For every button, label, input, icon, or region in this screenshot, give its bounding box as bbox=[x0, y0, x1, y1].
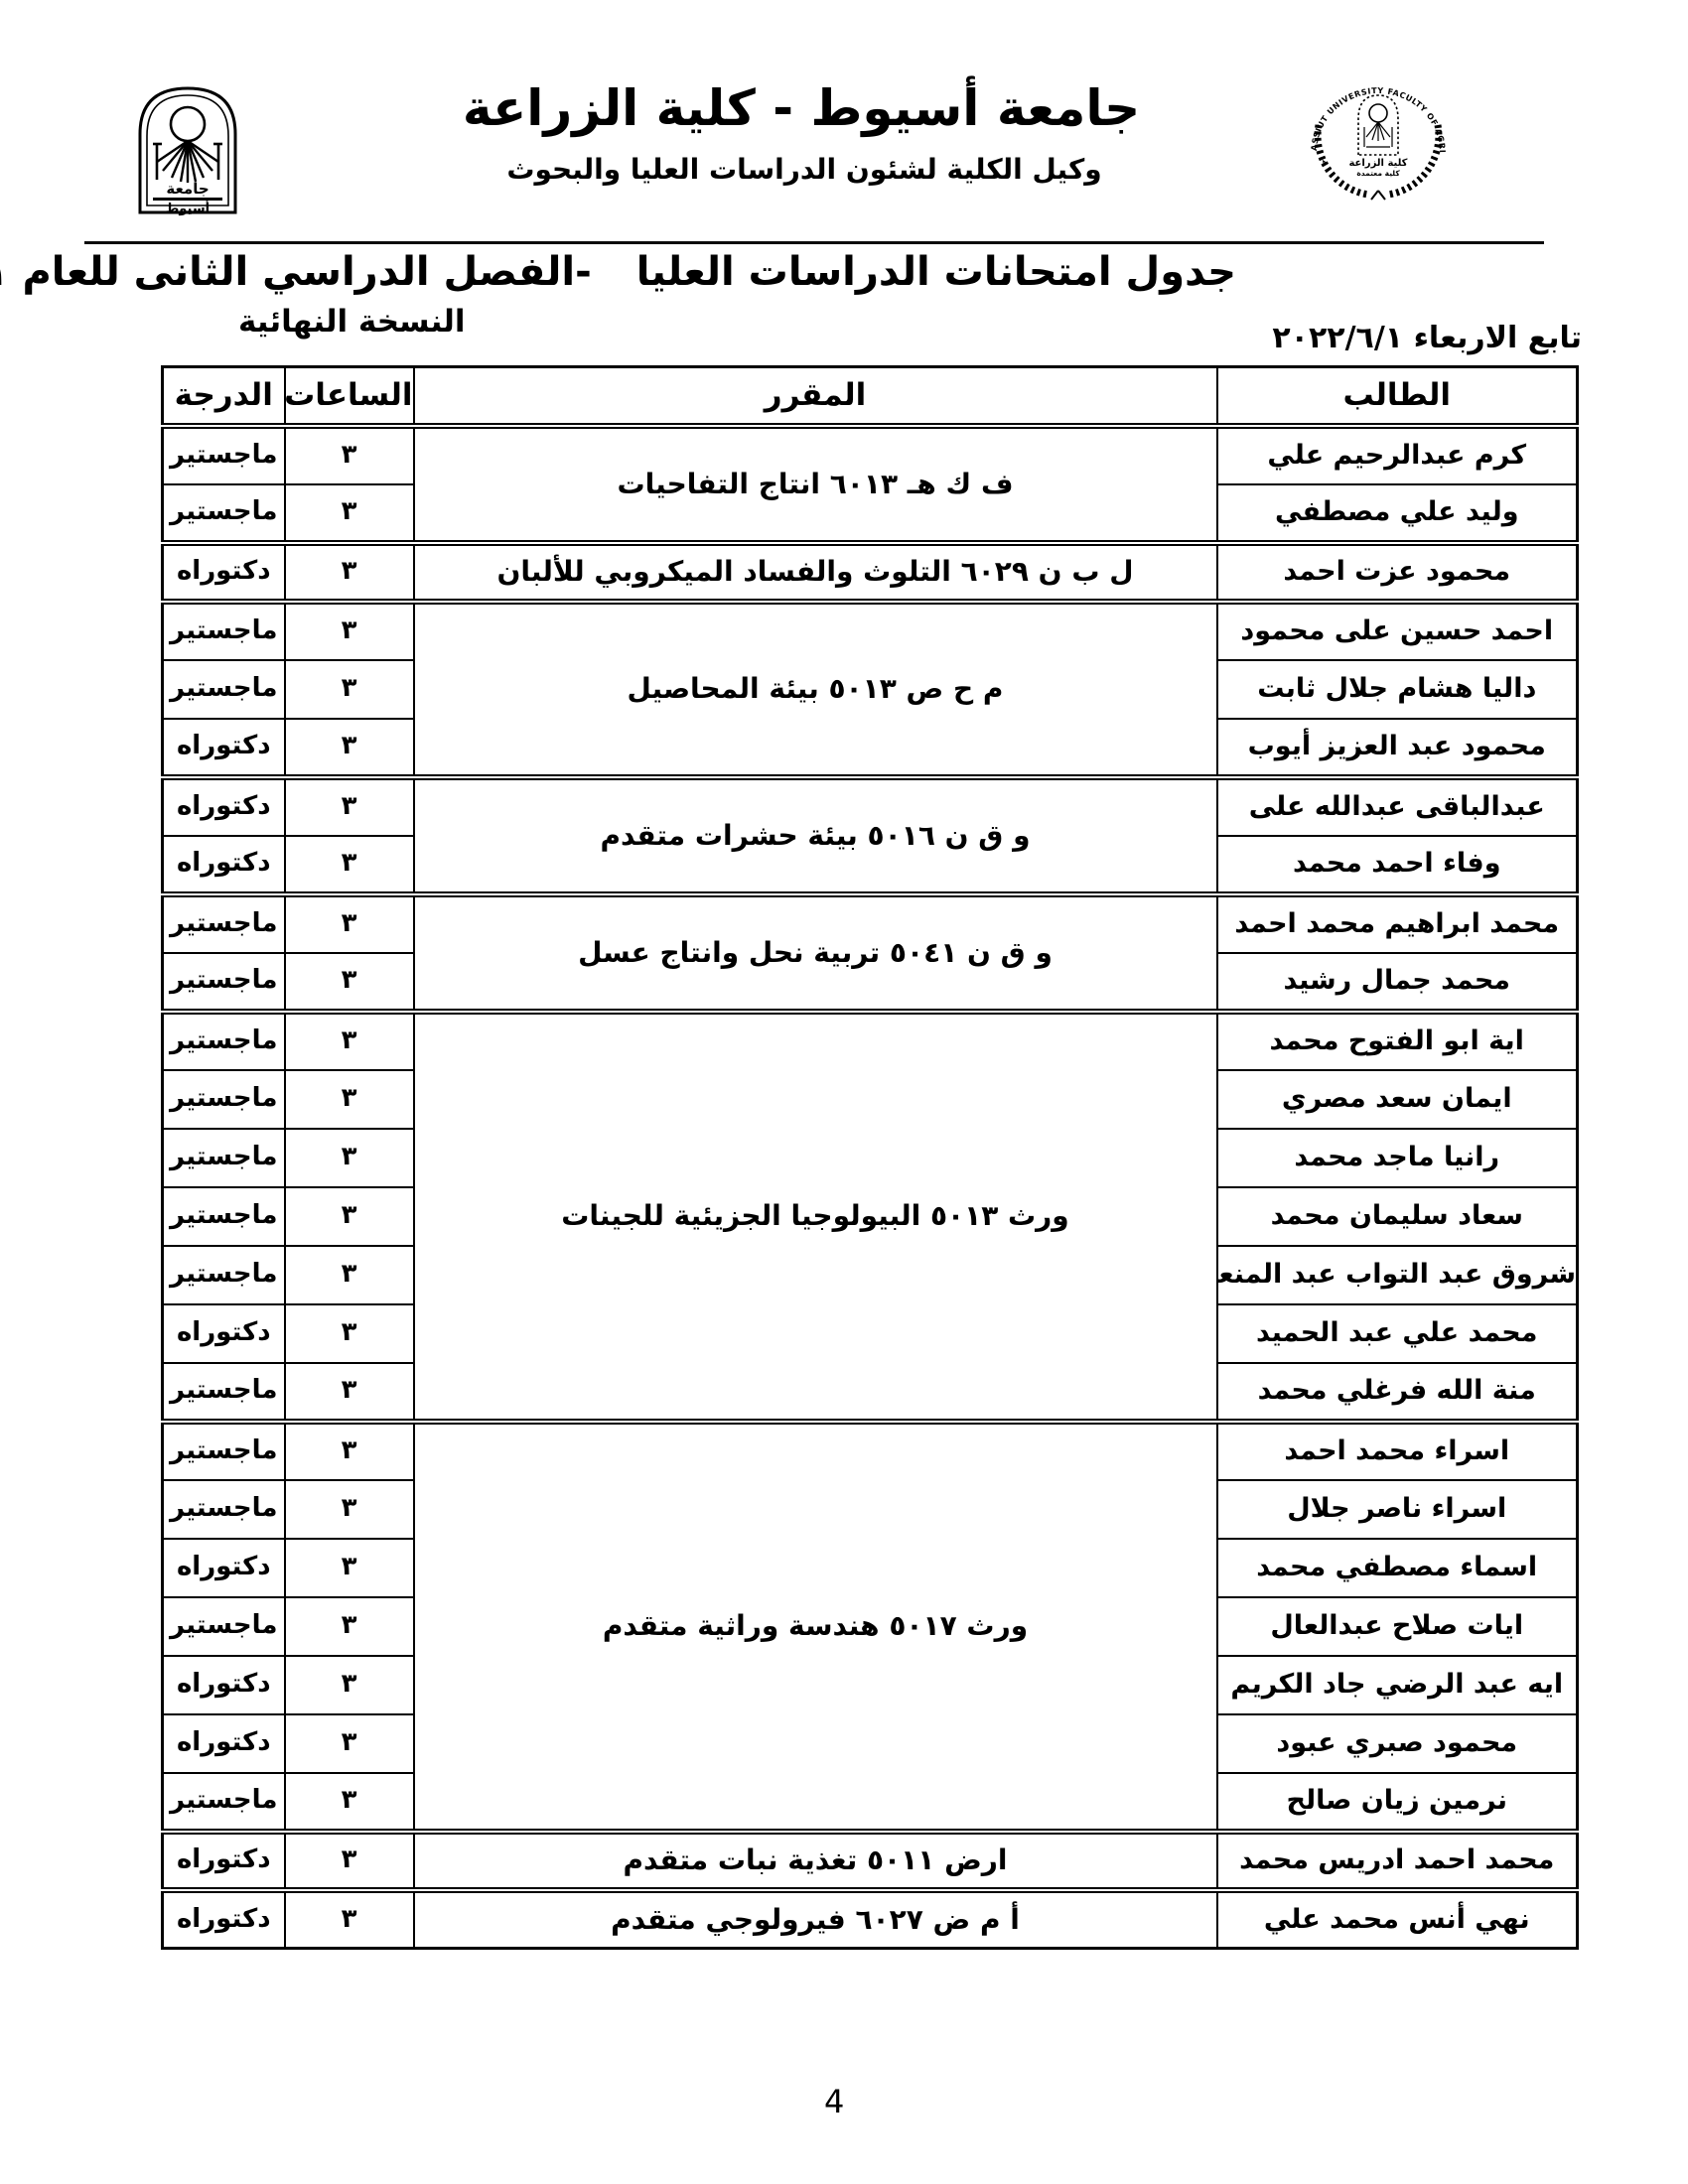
column-header-degree: الدرجة bbox=[163, 367, 285, 426]
schedule-title-semester: -الفصل الدراسي الثانى للعام ٢٠٢٢/٢٠٢١ bbox=[0, 249, 592, 295]
hours-cell: ٣ bbox=[285, 1070, 414, 1129]
degree-cell: ماجستير bbox=[163, 1012, 285, 1070]
degree-cell: ماجستير bbox=[163, 660, 285, 719]
degree-cell: ماجستير bbox=[163, 1070, 285, 1129]
degree-cell: دكتوراه bbox=[163, 777, 285, 836]
hours-cell: ٣ bbox=[285, 1012, 414, 1070]
student-name-cell: محمد ابراهيم محمد احمد bbox=[1217, 894, 1578, 953]
degree-cell: ماجستير bbox=[163, 426, 285, 484]
hours-cell: ٣ bbox=[285, 894, 414, 953]
table-row: عبدالباقى عبدالله علىو ق ن ٥٠١٦ بيئة حشر… bbox=[163, 777, 1578, 836]
hours-cell: ٣ bbox=[285, 1480, 414, 1539]
student-name-cell: محمود صبري عبود bbox=[1217, 1714, 1578, 1773]
hours-cell: ٣ bbox=[285, 1422, 414, 1480]
degree-cell: دكتوراه bbox=[163, 1539, 285, 1597]
arch-logo-icon: جامعة أسيوط bbox=[135, 82, 240, 217]
schedule-title: جدول امتحانات الدراسات العليا -الفصل الد… bbox=[0, 249, 1236, 295]
table-header-row: الطالب المقرر الساعات الدرجة bbox=[163, 367, 1578, 426]
student-name-cell: كرم عبدالرحيم علي bbox=[1217, 426, 1578, 484]
degree-cell: دكتوراه bbox=[163, 1656, 285, 1714]
degree-cell: ماجستير bbox=[163, 1773, 285, 1832]
degree-cell: ماجستير bbox=[163, 894, 285, 953]
hours-cell: ٣ bbox=[285, 1714, 414, 1773]
hours-cell: ٣ bbox=[285, 1890, 414, 1949]
course-cell: م ح ص ٥٠١٣ بيئة المحاصيل bbox=[414, 602, 1217, 777]
faculty-seal-icon: ASSIUT UNIVERSITY FACULTY OF AGRICULTURE… bbox=[1297, 64, 1460, 208]
student-name-cell: شروق عبد التواب عبد المنعم bbox=[1217, 1246, 1578, 1304]
student-name-cell: محمود عزت احمد bbox=[1217, 543, 1578, 602]
hours-cell: ٣ bbox=[285, 484, 414, 543]
table-row: كرم عبدالرحيم عليف ك هـ ٦٠١٣ انتاج التفا… bbox=[163, 426, 1578, 484]
hours-cell: ٣ bbox=[285, 1246, 414, 1304]
exam-schedule-table: الطالب المقرر الساعات الدرجة كرم عبدالرح… bbox=[161, 365, 1579, 1950]
version-label: النسخة النهائية bbox=[238, 304, 466, 340]
table-row: احمد حسين على محمودم ح ص ٥٠١٣ بيئة المحا… bbox=[163, 602, 1578, 660]
hours-cell: ٣ bbox=[285, 953, 414, 1012]
seal-center-emblem: كلية الزراعة كلية معتمدة bbox=[1348, 95, 1407, 178]
student-name-cell: ايات صلاح عبدالعال bbox=[1217, 1597, 1578, 1656]
student-name-cell: منة الله فرغلي محمد bbox=[1217, 1363, 1578, 1422]
student-name-cell: محمود عبد العزيز أيوب bbox=[1217, 719, 1578, 777]
student-name-cell: اية ابو الفتوح محمد bbox=[1217, 1012, 1578, 1070]
degree-cell: ماجستير bbox=[163, 484, 285, 543]
hours-cell: ٣ bbox=[285, 1773, 414, 1832]
hours-cell: ٣ bbox=[285, 777, 414, 836]
hours-cell: ٣ bbox=[285, 1129, 414, 1187]
student-name-cell: محمد جمال رشيد bbox=[1217, 953, 1578, 1012]
faculty-seal-logo: ASSIUT UNIVERSITY FACULTY OF AGRICULTURE… bbox=[1297, 64, 1460, 208]
student-name-cell: احمد حسين على محمود bbox=[1217, 602, 1578, 660]
hours-cell: ٣ bbox=[285, 543, 414, 602]
column-header-course: المقرر bbox=[414, 367, 1217, 426]
hours-cell: ٣ bbox=[285, 719, 414, 777]
arch-logo-text: جامعة bbox=[166, 180, 209, 198]
hours-cell: ٣ bbox=[285, 1656, 414, 1714]
hours-cell: ٣ bbox=[285, 602, 414, 660]
degree-cell: ماجستير bbox=[163, 953, 285, 1012]
table-row: نهي أنس محمد عليأ م ض ٦٠٢٧ فيرولوجي متقد… bbox=[163, 1890, 1578, 1949]
course-cell: ف ك هـ ٦٠١٣ انتاج التفاحيات bbox=[414, 426, 1217, 543]
student-name-cell: رانيا ماجد محمد bbox=[1217, 1129, 1578, 1187]
degree-cell: ماجستير bbox=[163, 602, 285, 660]
table-row: اية ابو الفتوح محمدورث ٥٠١٣ البيولوجيا ا… bbox=[163, 1012, 1578, 1070]
hours-cell: ٣ bbox=[285, 1597, 414, 1656]
degree-cell: دكتوراه bbox=[163, 1890, 285, 1949]
degree-cell: ماجستير bbox=[163, 1129, 285, 1187]
student-name-cell: داليا هشام جلال ثابت bbox=[1217, 660, 1578, 719]
table-row: محمد احمد ادريس محمدارض ٥٠١١ تغذية نبات … bbox=[163, 1832, 1578, 1890]
hours-cell: ٣ bbox=[285, 1187, 414, 1246]
column-header-hours: الساعات bbox=[285, 367, 414, 426]
vice-dean-subtitle: وكيل الكلية لشئون الدراسات العليا والبحو… bbox=[457, 153, 1152, 186]
degree-cell: ماجستير bbox=[163, 1597, 285, 1656]
hours-cell: ٣ bbox=[285, 1304, 414, 1363]
seal-center-text1: كلية الزراعة bbox=[1348, 158, 1407, 169]
exam-table-body: كرم عبدالرحيم عليف ك هـ ٦٠١٣ انتاج التفا… bbox=[163, 426, 1578, 1949]
degree-cell: دكتوراه bbox=[163, 543, 285, 602]
hours-cell: ٣ bbox=[285, 1363, 414, 1422]
course-cell: و ق ن ٥٠٤١ تربية نحل وانتاج عسل bbox=[414, 894, 1217, 1012]
student-name-cell: محمد علي عبد الحميد bbox=[1217, 1304, 1578, 1363]
degree-cell: ماجستير bbox=[163, 1422, 285, 1480]
hours-cell: ٣ bbox=[285, 836, 414, 894]
degree-cell: دكتوراه bbox=[163, 1714, 285, 1773]
degree-cell: دكتوراه bbox=[163, 836, 285, 894]
seal-center-text2: كلية معتمدة bbox=[1356, 169, 1400, 178]
degree-cell: ماجستير bbox=[163, 1363, 285, 1422]
degree-cell: ماجستير bbox=[163, 1246, 285, 1304]
course-cell: أ م ض ٦٠٢٧ فيرولوجي متقدم bbox=[414, 1890, 1217, 1949]
course-cell: ارض ٥٠١١ تغذية نبات متقدم bbox=[414, 1832, 1217, 1890]
hours-cell: ٣ bbox=[285, 660, 414, 719]
degree-cell: دكتوراه bbox=[163, 1832, 285, 1890]
student-name-cell: اسراء محمد احمد bbox=[1217, 1422, 1578, 1480]
header-divider-line bbox=[84, 241, 1544, 244]
student-name-cell: ايمان سعد مصري bbox=[1217, 1070, 1578, 1129]
student-name-cell: وفاء احمد محمد bbox=[1217, 836, 1578, 894]
course-cell: ل ب ن ٦٠٢٩ التلوث والفساد الميكروبي للأل… bbox=[414, 543, 1217, 602]
hours-cell: ٣ bbox=[285, 426, 414, 484]
student-name-cell: نهي أنس محمد علي bbox=[1217, 1890, 1578, 1949]
student-name-cell: وليد علي مصطفي bbox=[1217, 484, 1578, 543]
hours-cell: ٣ bbox=[285, 1832, 414, 1890]
student-name-cell: اسراء ناصر جلال bbox=[1217, 1480, 1578, 1539]
student-name-cell: سعاد سليمان محمد bbox=[1217, 1187, 1578, 1246]
student-name-cell: عبدالباقى عبدالله على bbox=[1217, 777, 1578, 836]
student-name-cell: ايه عبد الرضي جاد الكريم bbox=[1217, 1656, 1578, 1714]
degree-cell: دكتوراه bbox=[163, 719, 285, 777]
course-cell: و ق ن ٥٠١٦ بيئة حشرات متقدم bbox=[414, 777, 1217, 894]
table-row: محمود عزت احمدل ب ن ٦٠٢٩ التلوث والفساد … bbox=[163, 543, 1578, 602]
arch-logo-text2: أسيوط bbox=[166, 200, 210, 216]
document-page: { "header": { "university_title": "جامعة… bbox=[0, 0, 1688, 2184]
column-header-student: الطالب bbox=[1217, 367, 1578, 426]
date-note: تابع الاربعاء ٢٠٢٢/٦/١ bbox=[1272, 321, 1582, 355]
degree-cell: ماجستير bbox=[163, 1187, 285, 1246]
course-cell: ورث ٥٠١٧ هندسة وراثية متقدم bbox=[414, 1422, 1217, 1832]
table-row: اسراء محمد احمدورث ٥٠١٧ هندسة وراثية متق… bbox=[163, 1422, 1578, 1480]
university-arch-logo: جامعة أسيوط bbox=[135, 82, 240, 217]
table-row: محمد ابراهيم محمد احمدو ق ن ٥٠٤١ تربية ن… bbox=[163, 894, 1578, 953]
student-name-cell: محمد احمد ادريس محمد bbox=[1217, 1832, 1578, 1890]
student-name-cell: اسماء مصطفي محمد bbox=[1217, 1539, 1578, 1597]
sun-rays-icon bbox=[157, 141, 218, 183]
student-name-cell: نرمين زيان صالح bbox=[1217, 1773, 1578, 1832]
schedule-title-main: جدول امتحانات الدراسات العليا bbox=[636, 249, 1236, 295]
degree-cell: دكتوراه bbox=[163, 1304, 285, 1363]
course-cell: ورث ٥٠١٣ البيولوجيا الجزيئية للجينات bbox=[414, 1012, 1217, 1422]
degree-cell: ماجستير bbox=[163, 1480, 285, 1539]
hours-cell: ٣ bbox=[285, 1539, 414, 1597]
page-number: 4 bbox=[824, 2083, 844, 2120]
university-title: جامعة أسيوط - كلية الزراعة bbox=[454, 79, 1149, 137]
